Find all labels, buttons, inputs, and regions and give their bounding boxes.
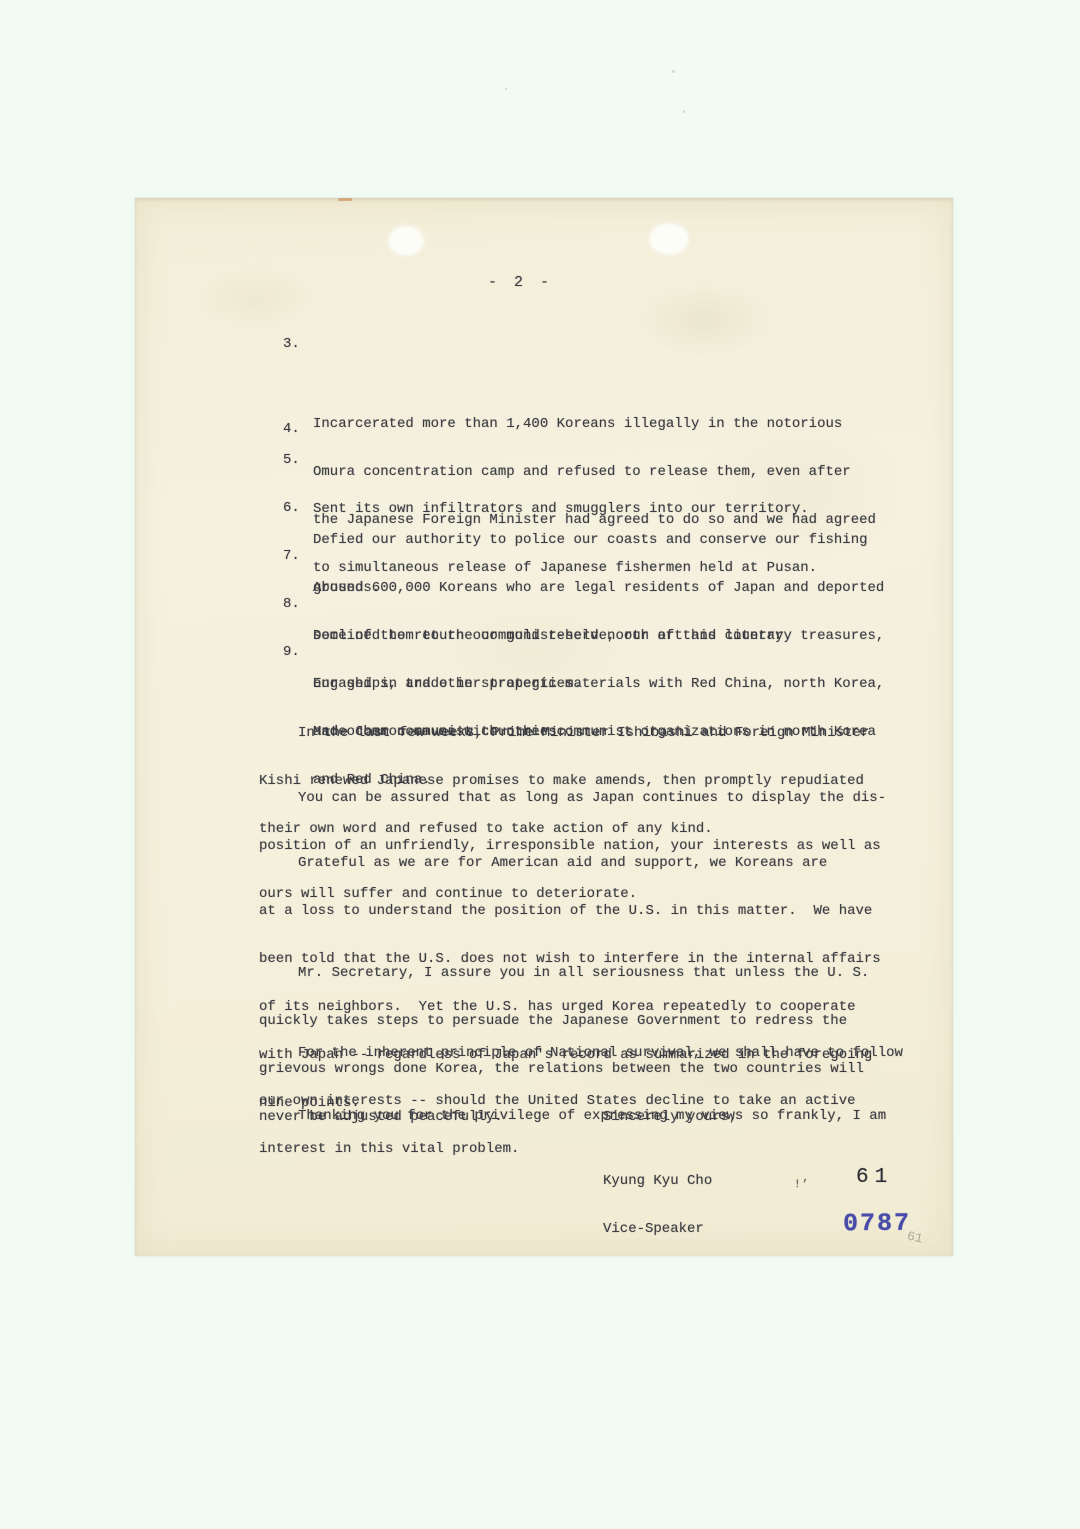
closing-salutation: Sincerely yours, [603, 1109, 737, 1125]
list-item-number: 4. [283, 421, 300, 437]
stamp-number: 0787 [843, 1216, 911, 1233]
page-number: - 2 - [488, 275, 553, 291]
scan-speck [683, 110, 685, 113]
paper-stain [195, 268, 315, 328]
paragraph-line: Mr. Secretary, I assure you in all serio… [259, 965, 919, 981]
paper-edge-mark [338, 198, 352, 201]
paragraph-line: For the inherent principle of National s… [259, 1045, 919, 1061]
pencil-annotation: 61 [906, 1229, 925, 1248]
scan-speck [672, 70, 675, 73]
paragraph-line: Grateful as we are for American aid and … [259, 855, 919, 871]
paragraph-line: You can be assured that as long as Japan… [259, 790, 919, 806]
list-item-number: 6. [283, 500, 300, 516]
list-item-number: 7. [283, 548, 300, 564]
list-item-number: 3. [283, 336, 300, 352]
paragraph-line: at a loss to understand the position of … [259, 903, 919, 919]
list-item-number: 5. [283, 452, 300, 468]
paragraph-6: Thanking you for the privilege of expres… [259, 1076, 919, 1156]
scan-speck [505, 88, 507, 90]
list-item-number: 8. [283, 596, 300, 612]
tick-mark: !’ [794, 1177, 809, 1193]
punch-hole-right [649, 223, 689, 255]
paragraph-line: Thanking you for the privilege of expres… [259, 1108, 919, 1124]
signature-name: Kyung Kyu Cho [603, 1173, 712, 1189]
list-item-number: 9. [283, 644, 300, 660]
signature-block: Kyung Kyu Cho Vice-Speaker [603, 1141, 712, 1269]
signature-title: Vice-Speaker [603, 1221, 712, 1237]
typed-page-ref: 61 [856, 1170, 893, 1186]
document-page: - 2 - 3. Incarcerated more than 1,400 Ko… [135, 198, 953, 1256]
paragraph-line: In the last few weeks, Prime Minister Is… [259, 725, 919, 741]
scan-background: - 2 - 3. Incarcerated more than 1,400 Ko… [0, 0, 1080, 1529]
punch-hole-left [388, 226, 424, 256]
